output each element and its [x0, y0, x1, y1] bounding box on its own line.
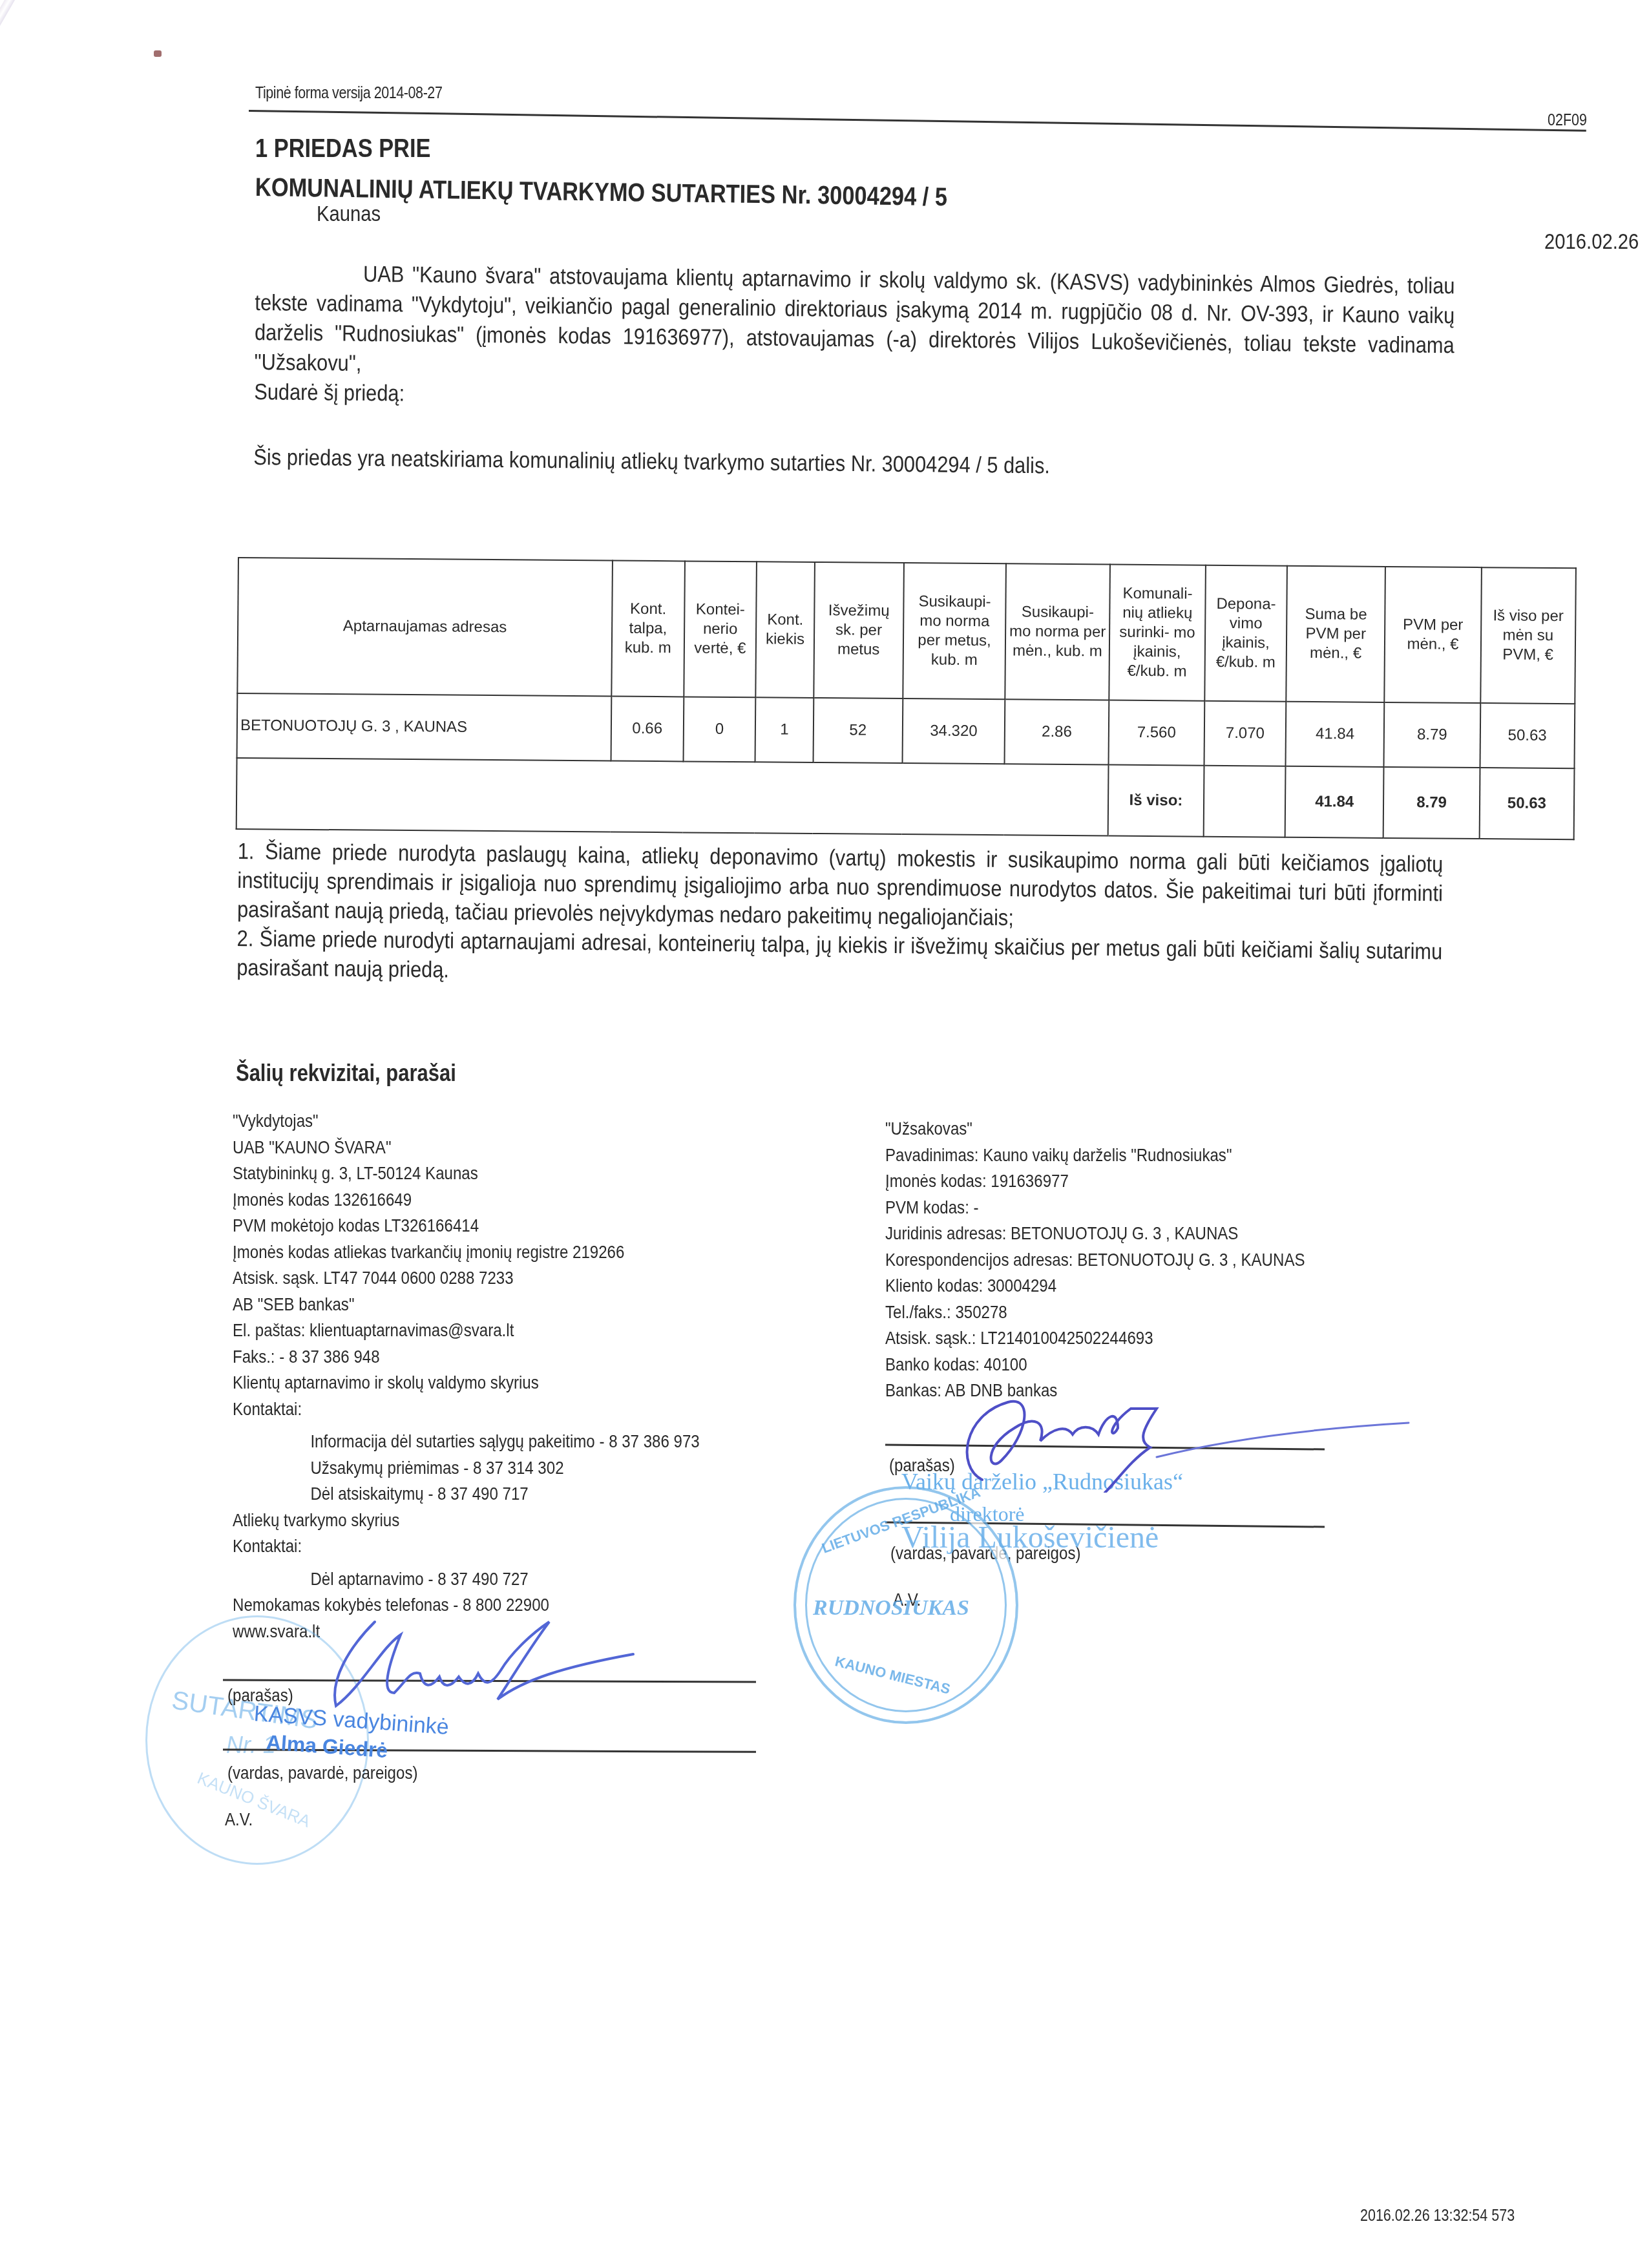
col-header-vat: PVM per mėn., €	[1385, 567, 1482, 703]
executor-requisites: "Vykdytojas" UAB "KAUNO ŠVARA" Statybini…	[233, 1108, 700, 1644]
executor-contacts-label: Kontaktai:	[233, 1533, 700, 1560]
col-header-sum-without-vat: Suma be PVM per mėn., €	[1286, 566, 1385, 702]
customer-signature-icon	[885, 1389, 1415, 1493]
cell-norm-per-year: 34.320	[902, 698, 1005, 764]
intro-section: UAB "Kauno švara" atstovaujama klientų a…	[253, 258, 1455, 485]
intro-paragraph: UAB "Kauno švara" atstovaujama klientų a…	[254, 258, 1455, 390]
executor-line: Faks.: - 8 37 386 948	[233, 1344, 700, 1370]
cell-container-value: 0	[683, 697, 756, 762]
document-page: Tipinė forma versija 2014-08-27 02F09 1 …	[0, 0, 1649, 2268]
customer-line: Korespondencijos adresas: BETONUOTOJŲ G.…	[885, 1247, 1305, 1274]
customer-line: PVM kodas: -	[885, 1195, 1305, 1221]
col-header-container-count: Kont. kiekis	[756, 562, 815, 698]
form-version: Tipinė forma versija 2014-08-27	[255, 84, 442, 103]
executor-signature-icon	[271, 1609, 659, 1719]
total-row-blank	[236, 758, 1109, 836]
executor-line: Statybininkų g. 3, LT-50124 Kaunas	[233, 1160, 700, 1187]
document-date: 2016.02.26	[1544, 229, 1639, 255]
scan-artifact-dot	[154, 50, 162, 57]
total-vat: 8.79	[1383, 767, 1480, 839]
contact-line: Informacija dėl sutarties sąlygų pakeiti…	[233, 1429, 700, 1455]
contact-line: Dėl atsiskaitymų - 8 37 490 717	[233, 1481, 700, 1507]
cell-container-count: 1	[755, 697, 814, 762]
col-header-total-with-vat: Iš viso per mėn su PVM, €	[1480, 567, 1576, 704]
customer-line: Kliento kodas: 30004294	[885, 1273, 1305, 1299]
title-line-1: 1 PRIEDAS PRIE	[255, 134, 430, 163]
customer-line: "Užsakovas"	[885, 1116, 1305, 1142]
cell-total-with-vat: 50.63	[1480, 703, 1575, 768]
cell-sum-without-vat: 41.84	[1286, 702, 1385, 767]
executor-email: El. paštas: klientuaptarnavimas@svara.lt	[233, 1318, 700, 1344]
services-table: Aptarnaujamas adresas Kont. talpa, kub. …	[236, 557, 1577, 840]
total-with-vat: 50.63	[1479, 768, 1574, 839]
executor-line: Klientų aptarnavimo ir skolų valdymo sky…	[233, 1370, 700, 1396]
customer-line: Banko kodas: 40100	[885, 1352, 1305, 1378]
total-label: Iš viso:	[1108, 765, 1204, 837]
clause-1: 1. Šiame priede nurodyta paslaugų kaina,…	[237, 837, 1444, 937]
contact-line: Dėl aptarnavimo - 8 37 490 727	[233, 1566, 700, 1593]
col-header-address: Aptarnaujamas adresas	[237, 558, 613, 697]
services-table-wrapper: Aptarnaujamas adresas Kont. talpa, kub. …	[236, 557, 1577, 840]
header-rule	[249, 110, 1586, 132]
cell-pickups-per-year: 52	[813, 698, 903, 763]
customer-line: Pavadinimas: Kauno vaikų darželis "Rudno…	[885, 1142, 1305, 1169]
cell-collection-rate: 7.560	[1108, 700, 1204, 766]
contact-line: Užsakymų priėmimas - 8 37 314 302	[233, 1455, 700, 1482]
executor-line: "Vykdytojas"	[233, 1108, 700, 1135]
executor-line: Įmonės kodas atliekas tvarkančių įmonių …	[233, 1239, 700, 1266]
executor-line: PVM mokėtojo kodas LT326166414	[233, 1213, 700, 1239]
print-timestamp: 2016.02.26 13:32:54 573	[1360, 2207, 1515, 2225]
col-header-container-volume: Kont. talpa, kub. m	[611, 561, 684, 697]
col-header-disposal-rate: Depona- vimo įkainis, €/kub. m	[1204, 565, 1287, 702]
clause-2: 2. Šiame priede nurodyti aptarnaujami ad…	[236, 924, 1442, 995]
customer-stamp-line-3: Vilija Lukoševičienė	[901, 1520, 1159, 1555]
executor-name-label: (vardas, pavardė, pareigos)	[227, 1763, 417, 1783]
table-header-row: Aptarnaujamas adresas Kont. talpa, kub. …	[237, 558, 1576, 704]
executor-dept: Atliekų tvarkymo skyrius	[233, 1507, 700, 1534]
executor-line: AB "SEB bankas"	[233, 1292, 700, 1318]
customer-line: Tel./faks.: 350278	[885, 1299, 1305, 1326]
executor-line: Kontaktai:	[233, 1396, 700, 1423]
col-header-container-value: Kontei- nerio vertė, €	[684, 561, 757, 697]
total-sum-without-vat: 41.84	[1285, 766, 1384, 838]
table-total-row: Iš viso: 41.84 8.79 50.63	[236, 758, 1575, 839]
requisites-title: Šalių rekvizitai, parašai	[236, 1060, 456, 1087]
city: Kaunas	[317, 202, 381, 227]
cell-address: BETONUOTOJŲ G. 3 , KAUNAS	[237, 693, 612, 761]
executor-line: Įmonės kodas 132616649	[233, 1187, 700, 1213]
customer-line: Atsisk. sąsk.: LT214010042502244693	[885, 1325, 1305, 1352]
executor-line: UAB "KAUNO ŠVARA"	[233, 1135, 700, 1161]
scan-artifact	[0, 0, 27, 236]
total-blank-disposal	[1204, 766, 1286, 837]
executor-seal-label: A.V.	[225, 1809, 253, 1830]
customer-line: Juridinis adresas: BETONUOTOJŲ G. 3 , KA…	[885, 1221, 1305, 1247]
cell-norm-per-month: 2.86	[1005, 699, 1109, 764]
customer-line: Įmonės kodas: 191636977	[885, 1168, 1305, 1195]
col-header-pickups-per-year: Išvežimų sk. per metus	[814, 562, 904, 698]
cell-disposal-rate: 7.070	[1204, 701, 1287, 766]
col-header-norm-per-year: Susikaupi- mo norma per metus, kub. m	[903, 563, 1006, 699]
customer-requisites: "Užsakovas" Pavadinimas: Kauno vaikų dar…	[885, 1116, 1305, 1404]
col-header-collection-rate: Komunali- nių atliekų surinki- mo įkaini…	[1109, 565, 1206, 701]
col-header-norm-per-month: Susikaupi- mo norma per mėn., kub. m	[1005, 563, 1110, 700]
form-code: 02F09	[1548, 111, 1587, 130]
table-row: BETONUOTOJŲ G. 3 , KAUNAS 0.66 0 1 52 34…	[237, 693, 1575, 768]
executor-line: Atsisk. sąsk. LT47 7044 0600 0288 7233	[233, 1265, 700, 1292]
customer-seal-name: RUDNOSIUKAS	[813, 1596, 969, 1621]
clauses-section: 1. Šiame priede nurodyta paslaugų kaina,…	[236, 837, 1443, 995]
cell-container-volume: 0.66	[611, 697, 684, 762]
cell-vat: 8.79	[1384, 702, 1480, 768]
